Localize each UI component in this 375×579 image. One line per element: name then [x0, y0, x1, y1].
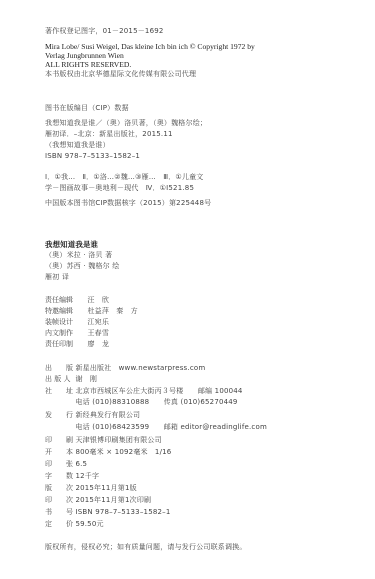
- pub-label: 印 刷: [45, 436, 73, 445]
- pub-value: 谢 刚: [75, 375, 97, 383]
- pub-label: 书 号: [45, 508, 73, 517]
- staff-row: 内文制作 王春雪: [45, 329, 109, 338]
- staff-row: 装帧设计 江宛乐: [45, 318, 109, 327]
- book-illustrator: （奥）苏西 · 魏格尔 绘: [45, 262, 120, 271]
- pub-label: 版 次: [45, 484, 73, 493]
- pub-row-sheets: 印 张 6.5: [45, 460, 87, 469]
- pub-label: 印 张: [45, 460, 73, 469]
- copyright-en-line2: Verlag Jungbrunnen Wien: [45, 51, 124, 60]
- pub-value: ISBN 978–7–5133–1582–1: [75, 508, 170, 516]
- pub-label: 出 版 人: [45, 375, 73, 384]
- pub-value: 电话 (010)68423599 邮箱 editor@readinglife.c…: [75, 423, 267, 431]
- pub-row-address: 社 址 北京市西城区车公庄大街丙３号楼 邮编 100044: [45, 387, 243, 396]
- cip-line2: 雁初译．–北京：新星出版社，2015.11: [45, 130, 173, 139]
- cip-line6: 学－图画故事－奥地利－现代 Ⅳ．①I521.85: [45, 184, 194, 193]
- copyright-agency: 本书版权由北京华德星际文化传媒有限公司代理: [45, 70, 196, 79]
- cip-core-data: 中国版本图书馆CIP数据核字（2015）第225448号: [45, 199, 211, 208]
- cip-line5: Ⅰ．①我… Ⅱ．①洛…②魏…③雁… Ⅲ．①儿童文: [45, 173, 204, 182]
- pub-value: 电话 (010)88310888 传真 (010)65270449: [75, 398, 237, 406]
- cip-isbn: ISBN 978–7–5133–1582–1: [45, 152, 140, 161]
- pub-row-publisher-person: 出 版 人 谢 刚: [45, 375, 97, 384]
- pub-row-printer: 印 刷 天津银博印刷集团有限公司: [45, 436, 162, 445]
- pub-label: 开 本: [45, 448, 73, 457]
- pub-row-price: 定 价 59.50元: [45, 520, 104, 529]
- pub-value: 2015年11月第1版: [75, 484, 136, 492]
- staff-name: 王春雪: [87, 329, 109, 337]
- pub-row-word-count: 字 数 12千字: [45, 472, 99, 481]
- cip-line3: （我想知道我是谁）: [45, 141, 110, 150]
- pub-value: 新经典发行有限公司: [75, 411, 140, 419]
- pub-value: 12千字: [75, 472, 99, 480]
- pub-row-publisher: 出 版 新星出版社 www.newstarpress.com: [45, 364, 205, 373]
- pub-row-printing: 印 次 2015年11月第1次印刷: [45, 496, 151, 505]
- pub-label: 字 数: [45, 472, 73, 481]
- pub-label: 社 址: [45, 387, 73, 396]
- staff-role: 特邀编辑: [45, 307, 85, 316]
- book-translator: 雁初 译: [45, 273, 69, 282]
- pub-value: 800毫米 × 1092毫米 1/16: [75, 448, 171, 456]
- pub-label: 印 次: [45, 496, 73, 505]
- rights-notice: 版权所有，侵权必究；如有质量问题，请与发行公司联系调换。: [45, 543, 247, 552]
- book-author: （奥）米拉 · 洛贝 著: [45, 251, 112, 260]
- pub-value: 新星出版社 www.newstarpress.com: [75, 364, 205, 372]
- staff-row: 责任编辑 汪 欣: [45, 296, 109, 305]
- pub-row-distributor: 发 行 新经典发行有限公司: [45, 411, 140, 420]
- pub-row-format: 开 本 800毫米 × 1092毫米 1/16: [45, 448, 171, 457]
- pub-value: 59.50元: [75, 520, 103, 528]
- pub-value: 天津银博印刷集团有限公司: [75, 436, 161, 444]
- copyright-reg-number: 著作权登记图字，01－2015－1692: [45, 27, 164, 36]
- staff-name: 江宛乐: [87, 318, 109, 326]
- staff-name: 廖 龙: [87, 340, 109, 348]
- pub-label: 定 价: [45, 520, 73, 529]
- staff-role: 内文制作: [45, 329, 85, 338]
- pub-value: 北京市西城区车公庄大街丙３号楼 邮编 100044: [75, 387, 242, 395]
- pub-label: 发 行: [45, 411, 73, 420]
- pub-row-edition: 版 次 2015年11月第1版: [45, 484, 137, 493]
- pub-label: 出 版: [45, 364, 73, 373]
- pub-value: 2015年11月第1次印刷: [75, 496, 151, 504]
- copyright-en-line3: ALL RIGHTS RESERVED.: [45, 60, 131, 69]
- staff-row: 特邀编辑 杜益萍 秦 方: [45, 307, 138, 316]
- copyright-en-line1: Mira Lobe/ Susi Weigel, Das kleine Ich b…: [45, 42, 255, 51]
- book-title: 我想知道我是谁: [45, 240, 98, 249]
- staff-row: 责任印制 廖 龙: [45, 340, 109, 349]
- pub-value: 6.5: [75, 460, 87, 468]
- pub-row-phone-fax: 电话 (010)88310888 传真 (010)65270449: [45, 398, 238, 407]
- pub-row-distributor-contact: 电话 (010)68423599 邮箱 editor@readinglife.c…: [45, 423, 267, 432]
- cip-heading: 图书在版编目（CIP）数据: [45, 104, 129, 113]
- staff-role: 责任印制: [45, 340, 85, 349]
- pub-row-isbn: 书 号 ISBN 978–7–5133–1582–1: [45, 508, 171, 517]
- cip-line1: 我想知道我是谁／（奥）洛贝著，（奥）魏格尔绘；: [45, 119, 207, 128]
- staff-name: 汪 欣: [87, 296, 109, 304]
- staff-role: 责任编辑: [45, 296, 85, 305]
- staff-name: 杜益萍 秦 方: [87, 307, 137, 315]
- staff-role: 装帧设计: [45, 318, 85, 327]
